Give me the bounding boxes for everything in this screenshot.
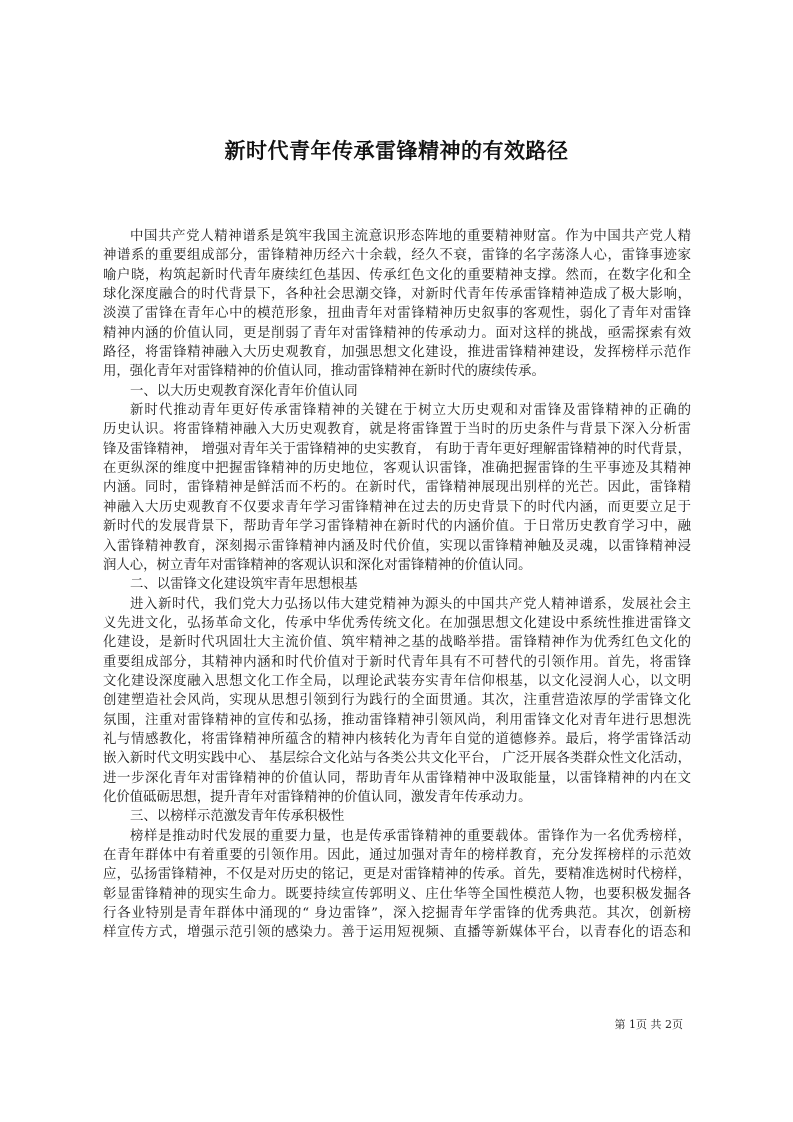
text-line: 在更纵深的维度中把握雷锋精神的历史地位，客观认识雷锋，准确把握雷锋的生平事迹及其…: [103, 459, 691, 478]
text-line: 嵌入新时代文明实践中心、 基层综合文化站与各类公共文化平台， 广泛开展各类群众性…: [103, 749, 691, 768]
text-line: 润人心，树立青年对雷锋精神的客观认识和深化对雷锋精神的价值认同。: [103, 556, 691, 575]
document-page: 新时代青年传承雷锋精神的有效路径 中国共产党人精神谱系是筑牢我国主流意识形态阵地…: [0, 0, 793, 1122]
text-line: 化价值砥砺思想，提升青年对雷锋精神的价值认同，激发青年传承动力。: [103, 788, 691, 807]
text-line: 进入新时代，我们党大力弘扬以伟大建党精神为源头的中国共产党人精神谱系，发展社会主: [103, 595, 691, 614]
text-line: 喻户晓，构筑起新时代青年赓续红色基因、传承红色文化的重要精神支撑。然而，在数字化…: [103, 266, 691, 285]
text-line: 淡漠了雷锋在青年心中的模范形象，扭曲青年对雷锋精神历史叙事的客观性，弱化了青年对…: [103, 304, 691, 323]
text-line: 神谱系的重要组成部分，雷锋精神历经六十余载，经久不衰，雷锋的名字荡涤人心，雷锋事…: [103, 246, 691, 265]
text-line: 历史认识。将雷锋精神融入大历史观教育，就是将雷锋置于当时的历史条件与背景下深入分…: [103, 420, 691, 439]
text-line: 在青年群体中有着重要的引领作用。因此，通过加强对青年的榜样教育，充分发挥榜样的示…: [103, 846, 691, 865]
text-line: 创建塑造社会风尚，实现从思想引领到行为践行的全面贯通。其次，注重营造浓厚的学雷锋…: [103, 691, 691, 710]
text-line: 路径，将雷锋精神融入大历史观教育，加强思想文化建设，推进雷锋精神建设，发挥榜样示…: [103, 343, 691, 362]
text-line: 用，强化青年对雷锋精神的价值认同，推动雷锋精神在新时代的赓续传承。: [103, 362, 691, 381]
text-line: 球化深度融合的时代背景下，各种社会思潮交锋，对新时代青年传承雷锋精神造成了极大影…: [103, 285, 691, 304]
text-line: 精神内涵的价值认同，更是削弱了青年对雷锋精神的传承动力。面对这样的挑战，亟需探索…: [103, 324, 691, 343]
text-line: 义先进文化，弘扬革命文化，传承中华优秀传统文化。在加强思想文化建设中系统性推进雷…: [103, 614, 691, 633]
text-line: 进一步深化青年对雷锋精神的价值认同，帮助青年从雷锋精神中汲取能量，以雷锋精神的内…: [103, 769, 691, 788]
text-line: 榜样是推动时代发展的重要力量，也是传承雷锋精神的重要载体。雷锋作为一名优秀榜样，: [103, 827, 691, 846]
text-line: 文化建设深度融入思想文化工作全局，以理论武装夯实青年信仰根基，以文化浸润人心，以…: [103, 672, 691, 691]
text-line: 应，弘扬雷锋精神，不仅是对历史的铭记，更是对雷锋精神的传承。首先，要精准选树时代…: [103, 865, 691, 884]
text-line: 锋及雷锋精神， 增强对青年关于雷锋精神的史实教育， 有助于青年更好理解雷锋精神的…: [103, 440, 691, 459]
text-line: 氛围，注重对雷锋精神的宣传和弘扬，推动雷锋精神引领风尚，利用雷锋文化对青年进行思…: [103, 711, 691, 730]
text-line: 彰显雷锋精神的现实生命力。既要持续宣传郭明义、庄仕华等全国性模范人物，也要积极发…: [103, 885, 691, 904]
text-line: 样宣传方式，增强示范引领的感染力。善于运用短视频、直播等新媒体平台，以青春化的语…: [103, 923, 691, 942]
text-line: 新时代推动青年更好传承雷锋精神的关键在于树立大历史观和对雷锋及雷锋精神的正确的: [103, 401, 691, 420]
text-line: 行各业特别是青年群体中涌现的“ 身边雷锋”，深入挖掘青年学雷锋的优秀典范。其次，…: [103, 904, 691, 923]
text-line: 重要组成部分，其精神内涵和时代价值对于新时代青年具有不可替代的引领作用。首先，将…: [103, 653, 691, 672]
text-line: 礼与情感教化，将雷锋精神所蕴含的精神内核转化为青年自觉的道德修养。最后，将学雷锋…: [103, 730, 691, 749]
page-number: 第 1页 共 2页: [615, 1016, 684, 1032]
text-line: 入雷锋精神教育，深刻揭示雷锋精神内涵及时代价值，实现以雷锋精神触及灵魂，以雷锋精…: [103, 537, 691, 556]
text-line: 新时代的发展背景下，帮助青年学习雷锋精神在新时代的内涵价值。于日常历史教育学习中…: [103, 517, 691, 536]
text-line: 化建设，是新时代巩固壮大主流价值、筑牢精神之基的战略举措。雷锋精神作为优秀红色文…: [103, 633, 691, 652]
document-body: 中国共产党人精神谱系是筑牢我国主流意识形态阵地的重要精神财富。作为中国共产党人精…: [103, 227, 691, 943]
text-line: 一、以大历史观教育深化青年价值认同: [103, 382, 691, 401]
text-line: 中国共产党人精神谱系是筑牢我国主流意识形态阵地的重要精神财富。作为中国共产党人精: [103, 227, 691, 246]
text-line: 神融入大历史观教育不仅要求青年学习雷锋精神在过去的历史背景下的时代内涵，而更要立…: [103, 498, 691, 517]
document-title: 新时代青年传承雷锋精神的有效路径: [0, 136, 793, 166]
text-line: 内涵。同时，雷锋精神是鲜活而不朽的。在新时代，雷锋精神展现出别样的光芒。因此，雷…: [103, 478, 691, 497]
text-line: 二、以雷锋文化建设筑牢青年思想根基: [103, 575, 691, 594]
text-line: 三、以榜样示范激发青年传承积极性: [103, 807, 691, 826]
